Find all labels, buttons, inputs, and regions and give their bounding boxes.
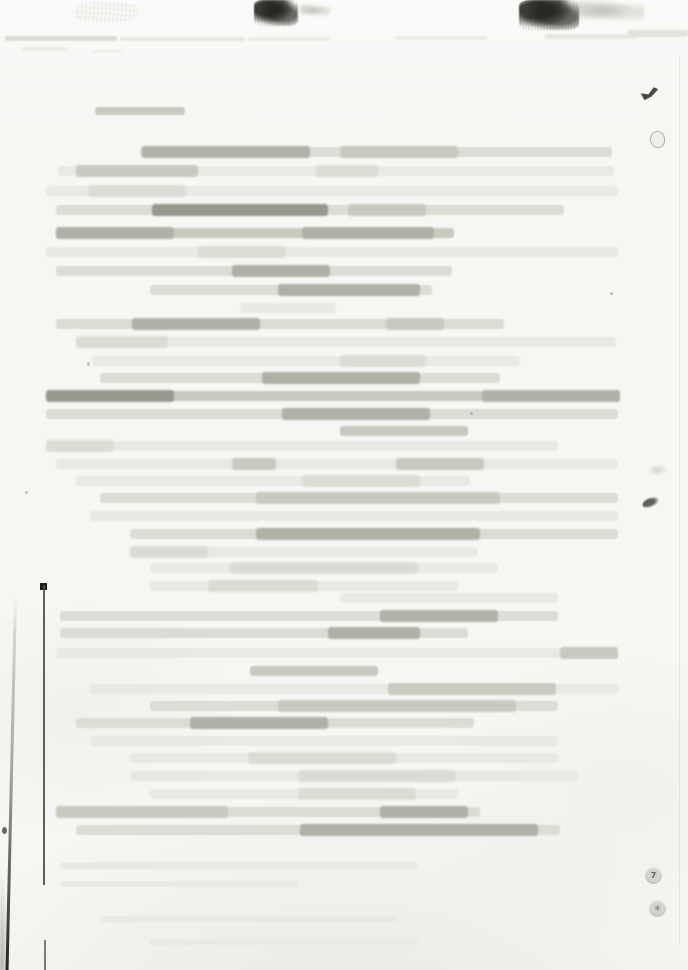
- vertical-ruled-line: [679, 55, 680, 945]
- scanned-page: 7✳: [0, 0, 688, 970]
- vertical-ruled-line: [44, 940, 46, 970]
- ruled-line-layer: [0, 0, 688, 970]
- vertical-ruled-line: [43, 585, 45, 885]
- corner-shade: [0, 843, 10, 970]
